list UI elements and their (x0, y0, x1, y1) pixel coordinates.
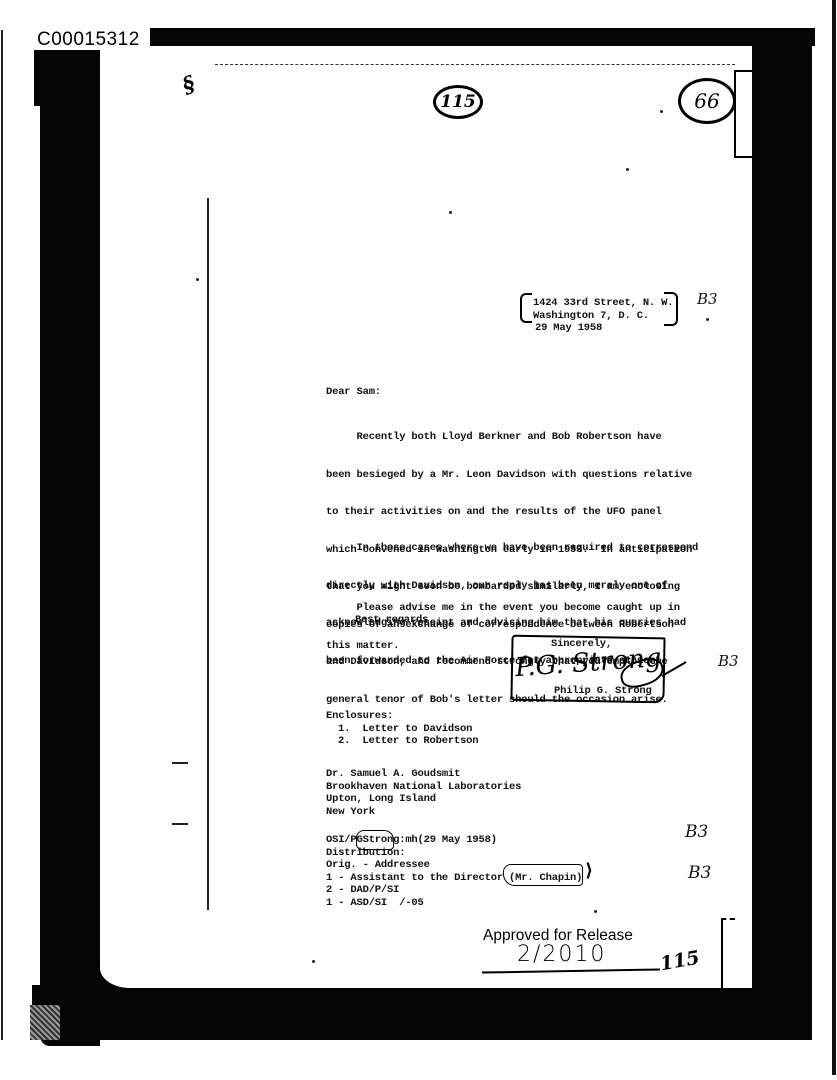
scan-border-bottom (32, 985, 812, 1040)
scan-speck (449, 211, 452, 214)
originator-line: OSI/PGStrong:mh(29 May 1958) (326, 834, 582, 847)
scan-border-top (150, 28, 815, 46)
address-line: 1424 33rd Street, N. W. (533, 297, 673, 310)
text-line: Please advise me in the event you become… (326, 602, 696, 615)
enclosure-item: 1. Letter to Davidson (326, 723, 478, 736)
scan-border-right (752, 30, 812, 1040)
distribution-heading: Distribution: (326, 847, 582, 860)
distribution-line: 1 - ASD/SI /-05 (326, 897, 582, 910)
top-right-bracket (734, 70, 752, 158)
scan-speck (196, 278, 199, 281)
redaction-code: B3 (697, 290, 718, 308)
text-line: Recently both Lloyd Berkner and Bob Robe… (326, 431, 696, 444)
scan-speck (626, 168, 629, 171)
scan-border-left-top (34, 46, 84, 106)
circled-page-number-text: 115 (440, 92, 476, 112)
scan-speck (594, 910, 597, 913)
address-line: Washington 7, D. C. (533, 310, 673, 323)
distribution-block: OSI/PGStrong:mh(29 May 1958)Distribution… (326, 834, 582, 909)
circled-reference-number-text: 66 (694, 89, 719, 113)
scan-speck (660, 110, 663, 113)
addressee-block: Dr. Samuel A. GoudsmitBrookhaven Nationa… (326, 768, 521, 818)
distribution-line: 1 - Assistant to the Director (Mr. Chapi… (326, 872, 582, 885)
addressee-line: Upton, Long Island (326, 793, 521, 806)
enclosure-item: 2. Letter to Robertson (326, 735, 478, 748)
addressee-line: New York (326, 806, 521, 819)
distribution-line: 2 - DAD/P/SI (326, 884, 582, 897)
left-margin-line (207, 198, 209, 910)
letterhead-address: 1424 33rd Street, N. W.Washington 7, D. … (533, 297, 673, 335)
salutation: Dear Sam: (326, 386, 381, 399)
letter-date: 29 May 1958 (533, 322, 673, 335)
scan-speck (312, 960, 315, 963)
addressee-line: Dr. Samuel A. Goudsmit (326, 768, 521, 781)
addressee-line: Brookhaven National Laboratories (326, 781, 521, 794)
scan-border-left (40, 46, 100, 1046)
scan-edge-right (832, 0, 836, 1075)
closing: Best regards. (355, 614, 434, 627)
release-date: 2/2010 (517, 942, 606, 967)
text-line: been besieged by a Mr. Leon Davidson wit… (326, 469, 696, 482)
enclosures-heading: Enclosures: (326, 710, 478, 723)
document-id: C00015312 (34, 29, 143, 50)
bottom-right-bracket (721, 918, 735, 990)
scan-edge-left (1, 30, 3, 1040)
circled-reference-number: 66 (678, 78, 736, 124)
signer-name: Philip G. Strong (554, 685, 652, 698)
distribution-line: Orig. - Addressee (326, 859, 582, 872)
redaction-code: B3 (718, 652, 739, 670)
top-rule (215, 64, 735, 65)
redaction-code: B3 (685, 822, 708, 842)
circled-page-number: 115 (433, 85, 483, 119)
redaction-arrow-icon: ⟩ (585, 860, 593, 881)
redaction-code: B3 (688, 863, 711, 883)
scan-speckle (30, 1005, 60, 1040)
margin-tick (172, 762, 188, 764)
text-line: In those cases where we have been requir… (326, 542, 696, 555)
scan-speck (706, 318, 709, 321)
margin-tick (172, 823, 188, 825)
enclosures: Enclosures:1. Letter to Davidson2. Lette… (326, 710, 478, 748)
redaction-bracket-left (520, 293, 532, 323)
